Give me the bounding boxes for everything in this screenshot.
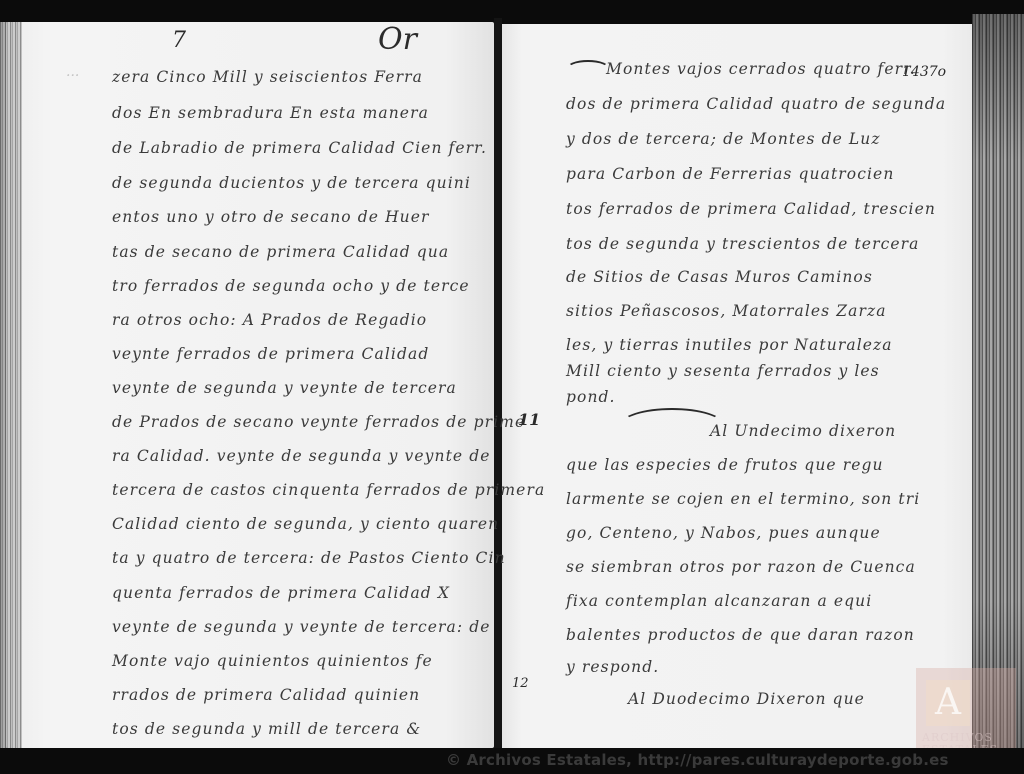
flourish-stroke [566, 60, 610, 78]
text-line: ta y quatro de tercera: de Pastos Ciento… [112, 549, 462, 567]
text-line: sitios Peñascosos, Matorrales Zarza [566, 302, 876, 320]
text-line: veynte de segunda y veynte de tercera: d… [112, 618, 462, 636]
left-page-edge [0, 22, 22, 748]
right-page-stack-edge [972, 14, 1024, 748]
top-mark-left: 7 [172, 28, 186, 53]
text-line: entos uno y otro de secano de Huer [112, 208, 462, 226]
text-line: tercera de castos cinquenta ferrados de … [112, 481, 462, 499]
text-line: dos de primera Calidad quatro de segunda [566, 95, 876, 113]
text-line: Calidad ciento de segunda, y ciento quar… [112, 515, 462, 533]
text-line: zera Cinco Mill y seiscientos Ferra [112, 68, 462, 86]
flourish-stroke [620, 408, 724, 442]
text-line: de Labradio de primera Calidad Cien ferr… [112, 139, 462, 157]
text-line: larmente se cojen en el termino, son tri [566, 490, 876, 508]
text-line: Monte vajo quinientos quinientos fe [112, 652, 462, 670]
book-gutter [494, 18, 502, 748]
text-line: ra otros ocho: A Prados de Regadio [112, 311, 462, 329]
text-line: que las especies de frutos que regu [566, 456, 876, 474]
text-line: Mill ciento y sesenta ferrados y les [566, 362, 876, 380]
text-line: ra Calidad. veynte de segunda y veynte d… [112, 447, 462, 465]
text-line: tro ferrados de segunda ocho y de terce [112, 277, 462, 295]
text-line: les, y tierras inutiles por Naturaleza [566, 336, 876, 354]
text-line: tos ferrados de primera Calidad, trescie… [566, 200, 876, 218]
text-line: para Carbon de Ferrerias quatrocien [566, 165, 876, 183]
paragraph-number-12: 12 [512, 676, 529, 691]
text-line: fixa contemplan alcanzaran a equi [566, 592, 876, 610]
paragraph-number-11: 11 [518, 410, 540, 429]
text-line: y respond. [566, 658, 876, 676]
text-line: quenta ferrados de primera Calidad X [112, 584, 462, 602]
text-line: y dos de tercera; de Montes de Luz [566, 130, 876, 148]
text-line: Al Undecimo dixeron [710, 422, 1020, 440]
text-line: veynte ferrados de primera Calidad [112, 345, 462, 363]
manuscript-scan: 7 Or ... zera Cinco Mill y seiscientos F… [0, 0, 1024, 774]
text-line: Montes vajos cerrados quatro ferr. [606, 60, 916, 78]
left-margin-mark: ... [66, 64, 79, 80]
text-line: rrados de primera Calidad quinien [112, 686, 462, 704]
top-flourish-mark: Or [378, 22, 417, 57]
copyright-notice: © Archivos Estatales, http://pares.cultu… [446, 751, 926, 769]
text-line: de segunda ducientos y de tercera quini [112, 174, 462, 192]
text-line: se siembran otros por razon de Cuenca [566, 558, 876, 576]
text-line: de Sitios de Casas Muros Caminos [566, 268, 876, 286]
watermark-logo-letter: A [926, 680, 970, 726]
text-line: tos de segunda y mill de tercera & [112, 720, 462, 738]
scan-top-border [0, 0, 1024, 24]
text-line: tos de segunda y trescientos de tercera [566, 235, 876, 253]
text-line: tas de secano de primera Calidad qua [112, 243, 462, 261]
text-line: de Prados de secano veynte ferrados de p… [112, 413, 462, 431]
text-line: Al Duodecimo Dixeron que [628, 690, 938, 708]
text-line: pond. [566, 388, 876, 406]
text-line: dos En sembradura En esta manera [112, 104, 462, 122]
text-line: veynte de segunda y veynte de tercera [112, 379, 462, 397]
text-line: go, Centeno, y Nabos, pues aunque [566, 524, 876, 542]
text-line: balentes productos de que daran razon [566, 626, 876, 644]
